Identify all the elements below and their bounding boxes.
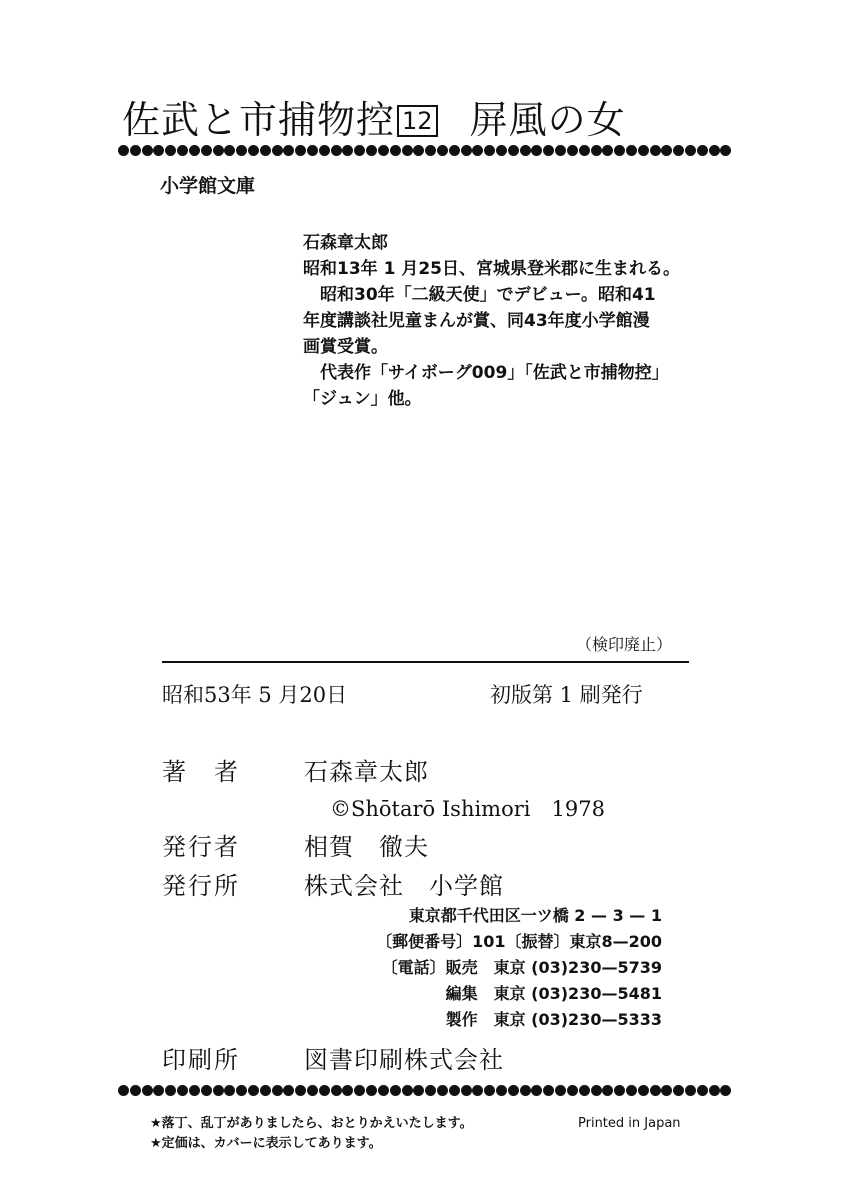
dot-ornament	[661, 145, 672, 156]
book-title: 佐武と市捕物控12屏風の女	[122, 98, 626, 142]
dot-ornament	[709, 1085, 720, 1096]
publishing-house-label: 発行所	[162, 866, 240, 901]
dot-ornament	[614, 1085, 625, 1096]
dot-ornament	[331, 145, 342, 156]
dot-ornament	[189, 1085, 200, 1096]
dot-ornament	[531, 145, 542, 156]
dot-ornament	[260, 1085, 271, 1096]
dot-ornament	[142, 1085, 153, 1096]
dot-ornament	[591, 1085, 602, 1096]
dot-ornament	[720, 1085, 731, 1096]
dot-ornament	[165, 145, 176, 156]
printer-value: 図書印刷株式会社	[304, 1040, 504, 1075]
volume-subtitle: 屏風の女	[470, 98, 626, 142]
dot-ornament	[153, 1085, 164, 1096]
dot-ornament	[650, 1085, 661, 1096]
dot-ornament	[626, 1085, 637, 1096]
footnotes: ★落丁、乱丁がありましたら、おとりかえいたします。 ★定価は、カバーに表示してあ…	[150, 1114, 473, 1154]
author-bio-line: 年度講談社児童まんが賞、同43年度小学館漫	[303, 308, 680, 334]
dot-ornament	[130, 145, 141, 156]
dot-ornament	[508, 145, 519, 156]
dot-ornament	[402, 1085, 413, 1096]
dot-ornament	[378, 145, 389, 156]
dot-ornament	[236, 145, 247, 156]
dot-ornament	[189, 145, 200, 156]
phone-production: 製作 東京 (03)230—5333	[362, 1007, 662, 1033]
dot-ornament	[531, 1085, 542, 1096]
dot-ornament	[650, 145, 661, 156]
dot-ornament	[307, 145, 318, 156]
dot-ornament	[425, 145, 436, 156]
address-street: 東京都千代田区一ツ橋 2 — 3 — 1	[362, 903, 662, 929]
publisher-label: 発行者	[162, 827, 240, 862]
author-bio: 石森章太郎 昭和13年 1 月25日、宮城県登米郡に生まれる。 昭和30年「二級…	[303, 230, 680, 412]
imprint-label: 小学館文庫	[160, 171, 255, 198]
dot-ornament	[177, 145, 188, 156]
dot-ornament	[720, 145, 731, 156]
publication-date: 昭和53年 5 月20日	[162, 679, 347, 709]
printer-label: 印刷所	[162, 1040, 240, 1075]
dot-ornament	[390, 1085, 401, 1096]
dotted-divider-top	[118, 145, 732, 159]
dot-ornament	[142, 145, 153, 156]
dot-ornament	[425, 1085, 436, 1096]
dot-ornament	[413, 145, 424, 156]
series-title: 佐武と市捕物控	[122, 98, 395, 142]
dot-ornament	[118, 145, 129, 156]
dot-ornament	[484, 145, 495, 156]
address-postal: 〔郵便番号〕101〔振替〕東京8—200	[362, 929, 662, 955]
phone-sales: 〔電話〕販売 東京 (03)230—5739	[362, 955, 662, 981]
dot-ornament	[449, 145, 460, 156]
dot-ornament	[378, 1085, 389, 1096]
dot-ornament	[638, 1085, 649, 1096]
dot-ornament	[165, 1085, 176, 1096]
dot-ornament	[153, 145, 164, 156]
dot-ornament	[413, 1085, 424, 1096]
dot-ornament	[461, 145, 472, 156]
author-value: 石森章太郎	[304, 752, 429, 787]
dot-ornament	[201, 145, 212, 156]
seal-abolished-note: （検印廃止）	[576, 632, 672, 655]
dot-ornament	[567, 145, 578, 156]
dot-ornament	[555, 145, 566, 156]
dot-ornament	[638, 145, 649, 156]
dot-ornament	[520, 1085, 531, 1096]
dot-ornament	[319, 1085, 330, 1096]
dot-ornament	[236, 1085, 247, 1096]
dot-ornament	[354, 145, 365, 156]
dot-ornament	[224, 1085, 235, 1096]
dot-ornament	[295, 1085, 306, 1096]
dot-ornament	[449, 1085, 460, 1096]
dot-ornament	[402, 145, 413, 156]
publisher-value: 相賀 徹夫	[304, 827, 429, 862]
dot-ornament	[437, 145, 448, 156]
phone-editorial: 編集 東京 (03)230—5481	[362, 981, 662, 1007]
dot-ornament	[201, 1085, 212, 1096]
dot-ornament	[614, 145, 625, 156]
dot-ornament	[342, 145, 353, 156]
footnote-price: ★定価は、カバーに表示してあります。	[150, 1134, 473, 1154]
dot-ornament	[673, 1085, 684, 1096]
dot-ornament	[283, 1085, 294, 1096]
dot-ornament	[472, 1085, 483, 1096]
footnote-replacement: ★落丁、乱丁がありましたら、おとりかえいたします。	[150, 1114, 473, 1134]
dot-ornament	[697, 1085, 708, 1096]
dot-ornament	[354, 1085, 365, 1096]
dot-ornament	[130, 1085, 141, 1096]
dot-ornament	[543, 1085, 554, 1096]
dot-ornament	[295, 145, 306, 156]
dot-ornament	[283, 145, 294, 156]
dot-ornament	[213, 1085, 224, 1096]
dot-ornament	[260, 145, 271, 156]
dot-ornament	[496, 145, 507, 156]
dot-ornament	[213, 145, 224, 156]
dot-ornament	[602, 145, 613, 156]
dot-ornament	[567, 1085, 578, 1096]
dot-ornament	[272, 1085, 283, 1096]
dot-ornament	[602, 1085, 613, 1096]
dot-ornament	[685, 145, 696, 156]
dot-ornament	[390, 145, 401, 156]
volume-number-badge: 12	[397, 105, 438, 137]
dot-ornament	[484, 1085, 495, 1096]
dot-ornament	[697, 145, 708, 156]
publishing-house-value: 株式会社 小学館	[304, 866, 504, 901]
dot-ornament	[437, 1085, 448, 1096]
dot-ornament	[579, 1085, 590, 1096]
dot-ornament	[579, 145, 590, 156]
dot-ornament	[555, 1085, 566, 1096]
dot-ornament	[543, 145, 554, 156]
author-bio-line: 「ジュン」他。	[303, 386, 680, 412]
author-bio-line: 昭和30年「二級天使」でデビュー。昭和41	[303, 282, 680, 308]
edition-info: 初版第 1 刷発行	[490, 679, 643, 709]
author-bio-line: 昭和13年 1 月25日、宮城県登米郡に生まれる。	[303, 256, 680, 282]
dot-ornament	[366, 1085, 377, 1096]
dot-ornament	[342, 1085, 353, 1096]
dot-ornament	[118, 1085, 129, 1096]
author-bio-line: 代表作「サイボーグ009」「佐武と市捕物控」	[303, 360, 680, 386]
dot-ornament	[496, 1085, 507, 1096]
author-bio-name: 石森章太郎	[303, 230, 680, 256]
dot-ornament	[520, 145, 531, 156]
dot-ornament	[508, 1085, 519, 1096]
dot-ornament	[272, 145, 283, 156]
dot-ornament	[319, 145, 330, 156]
dot-ornament	[709, 145, 720, 156]
dot-ornament	[461, 1085, 472, 1096]
copyright-notice: ©Shōtarō Ishimori 1978	[330, 793, 605, 823]
dot-ornament	[366, 145, 377, 156]
dot-ornament	[626, 145, 637, 156]
horizontal-rule	[162, 661, 689, 663]
dot-ornament	[248, 145, 259, 156]
dot-ornament	[673, 145, 684, 156]
dot-ornament	[307, 1085, 318, 1096]
dot-ornament	[331, 1085, 342, 1096]
address-block: 東京都千代田区一ツ橋 2 — 3 — 1 〔郵便番号〕101〔振替〕東京8—20…	[362, 903, 662, 1033]
dot-ornament	[661, 1085, 672, 1096]
dot-ornament	[177, 1085, 188, 1096]
author-bio-line: 画賞受賞。	[303, 334, 680, 360]
dot-ornament	[224, 145, 235, 156]
dotted-divider-bottom	[118, 1085, 732, 1099]
dot-ornament	[591, 145, 602, 156]
dot-ornament	[472, 145, 483, 156]
dot-ornament	[248, 1085, 259, 1096]
author-label: 著 者	[162, 752, 240, 787]
dot-ornament	[685, 1085, 696, 1096]
printed-in-japan: Printed in Japan	[578, 1114, 681, 1134]
